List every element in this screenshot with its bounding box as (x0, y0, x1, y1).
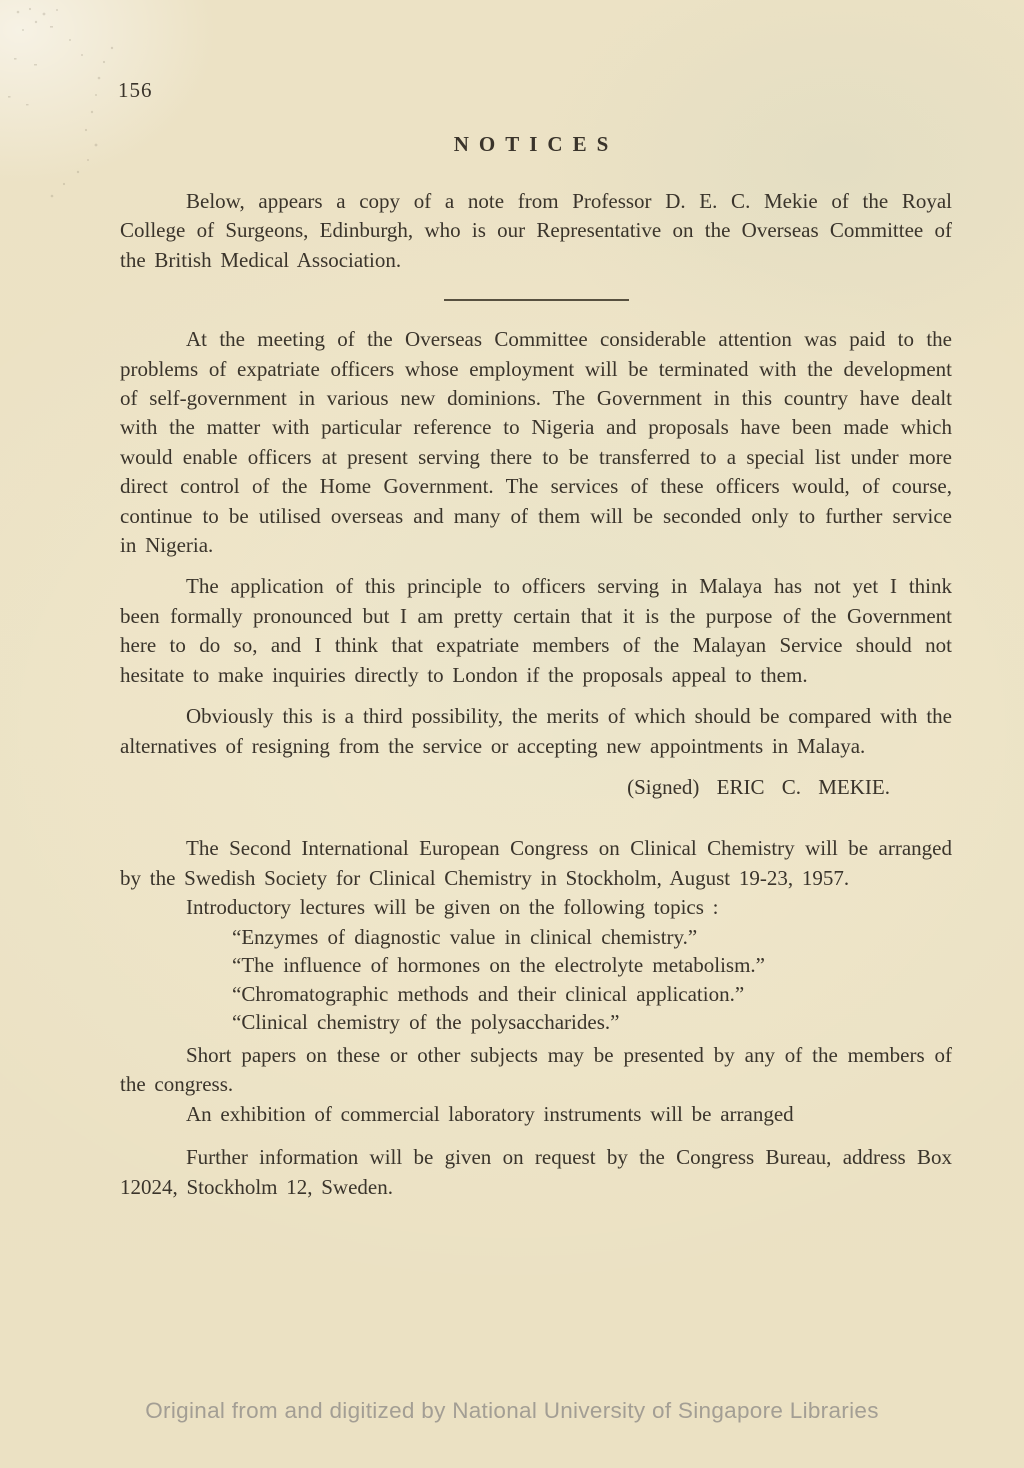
intro-paragraph: Below, appears a copy of a note from Pro… (120, 187, 952, 275)
lecture-topic-4: “Clinical chemistry of the polysaccharid… (120, 1008, 952, 1037)
section-divider (444, 299, 629, 301)
lecture-topic-2: “The influence of hormones on the electr… (120, 951, 952, 980)
papers-paragraph: Short papers on these or other subjects … (120, 1041, 952, 1100)
congress-announcement: The Second International European Congre… (120, 834, 952, 893)
lecture-topic-3: “Chromatographic methods and their clini… (120, 980, 952, 1009)
congress-notice-section: The Second International European Congre… (120, 834, 952, 1202)
lecture-topic-1: “Enzymes of diagnostic value in clinical… (120, 923, 952, 952)
page-title: NOTICES (120, 132, 952, 157)
scanned-journal-page: { "colors": { "paper": "#ece2c5", "ink":… (0, 0, 1024, 1468)
signature-line: (Signed) ERIC C. MEKIE. (120, 773, 952, 802)
note-paragraph-2: The application of this principle to off… (120, 572, 952, 690)
further-info-paragraph: Further information will be given on req… (120, 1143, 952, 1202)
lectures-intro: Introductory lectures will be given on t… (120, 893, 952, 922)
exhibition-paragraph: An exhibition of commercial laboratory i… (120, 1100, 952, 1129)
page-number: 156 (118, 78, 153, 103)
note-paragraph-1: At the meeting of the Overseas Committee… (120, 325, 952, 560)
page-content: NOTICES Below, appears a copy of a note … (120, 132, 952, 1202)
digitization-footer: Original from and digitized by National … (0, 1398, 1024, 1424)
note-paragraph-3: Obviously this is a third possibility, t… (120, 702, 952, 761)
